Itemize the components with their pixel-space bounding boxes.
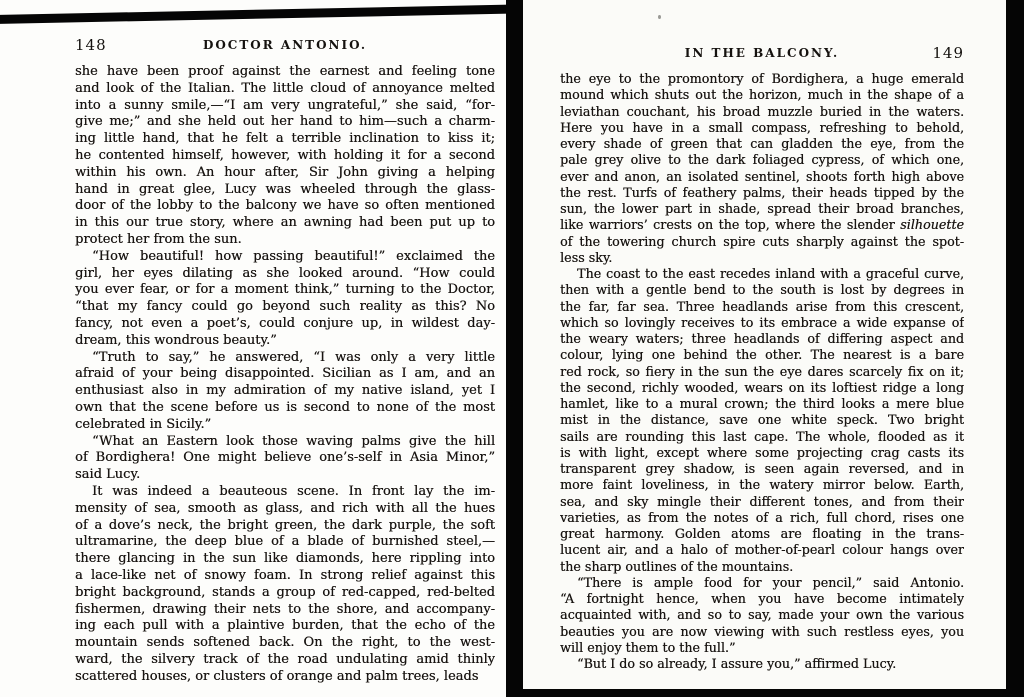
text-line: the far, far sea. Three headlands arise … — [560, 299, 964, 315]
text-line: ever and anon, an isolated sentinel, sho… — [560, 169, 964, 185]
scan-speck — [658, 15, 661, 19]
page-number: 149 — [932, 44, 964, 62]
text-line: a lace-like net of snowy foam. In strong… — [75, 568, 495, 585]
text-line: door of the lobby to the balcony we have… — [75, 198, 495, 215]
text-line: the second, richly wooded, wears on its … — [560, 380, 964, 396]
text-line: acquainted with, and so to say, made you… — [560, 607, 964, 623]
page-text-column: she have been proof against the earnest … — [75, 64, 495, 685]
text-line: hamlet, like to a mural crown; the third… — [560, 396, 964, 412]
text-line: celebrated in Sicily.” — [75, 417, 495, 434]
text-line: of a dove’s neck, the bright green, the … — [75, 518, 495, 535]
text-line: pale grey olive to the dark foliaged cyp… — [560, 152, 964, 168]
text-line: then with a gentle bend to the south is … — [560, 282, 964, 298]
text-line: the rest. Turfs of feathery palms, their… — [560, 185, 964, 201]
text-line: will enjoy them to the full.” — [560, 640, 964, 656]
text-line: beauties you are now viewing with such r… — [560, 624, 964, 640]
text-line: dream, this wondrous beauty.” — [75, 333, 495, 350]
text-line: mist in the distance, save one white spe… — [560, 412, 964, 428]
text-line: ing each pull with a plaintive burden, t… — [75, 618, 495, 635]
text-line: leviathan couchant, his broad muzzle bur… — [560, 104, 964, 120]
text-line: ultramarine, the deep blue of a blade of… — [75, 534, 495, 551]
text-line: less sky. — [560, 250, 964, 266]
book-page-right: IN THE BALCONY. 149 the eye to the promo… — [523, 0, 1006, 689]
text-line: enthusiast also in my admiration of my n… — [75, 383, 495, 400]
text-line: is with light, except where some project… — [560, 445, 964, 461]
text-line: great harmony. Golden atoms are floating… — [560, 526, 964, 542]
text-line: mound which shuts out the horizon, much … — [560, 87, 964, 103]
text-line: girl, her eyes dilating as she looked ar… — [75, 266, 495, 283]
text-line: said Lucy. — [75, 467, 495, 484]
page-text-column: the eye to the promontory of Bordighera,… — [560, 71, 964, 672]
text-line: every shade of green that can gladden th… — [560, 136, 964, 152]
text-line: afraid of your being disappointed. Sicil… — [75, 366, 495, 383]
text-line: fancy, not even a poet’s, could conjure … — [75, 316, 495, 333]
text-line: she have been proof against the earnest … — [75, 64, 495, 81]
text-line: “Truth to say,” he answered, “I was only… — [75, 350, 495, 367]
text-line: in this our true story, where an awning … — [75, 215, 495, 232]
running-title: IN THE BALCONY. — [560, 46, 964, 60]
text-line: “that my fancy could go beyond such real… — [75, 299, 495, 316]
text-line: colour, lying one behind the other. The … — [560, 347, 964, 363]
page-header: 148 DOCTOR ANTONIO. — [75, 36, 495, 54]
text-line: into a sunny smile,—“I am very ungratefu… — [75, 98, 495, 115]
text-line: and look of the Italian. The little clou… — [75, 81, 495, 98]
text-line: you ever fear, or for a moment think,” t… — [75, 282, 495, 299]
text-line: transparent grey shadow, is seen again r… — [560, 461, 964, 477]
text-line: give me;” and she held out her hand to h… — [75, 114, 495, 131]
text-line: “But I do so already, I assure you,” aff… — [560, 656, 964, 672]
text-line: ing little hand, that he felt a terrible… — [75, 131, 495, 148]
text-line: ward, the silvery track of the road undu… — [75, 652, 495, 669]
text-line: mountain sends softened back. On the rig… — [75, 635, 495, 652]
text-line: sun, the lower part in shade, spread the… — [560, 201, 964, 217]
text-line: protect her from the sun. — [75, 232, 495, 249]
text-line: within his own. An hour after, Sir John … — [75, 165, 495, 182]
text-line: he contented himself, however, with hold… — [75, 148, 495, 165]
book-gutter-shadow — [506, 0, 523, 697]
text-line: bright background, stands a group of red… — [75, 585, 495, 602]
text-line: which so lovingly receives to its embrac… — [560, 315, 964, 331]
text-line: the eye to the promontory of Bordighera,… — [560, 71, 964, 87]
text-line: scattered houses, or clusters of orange … — [75, 669, 495, 686]
text-line: Here you have in a small compass, refres… — [560, 120, 964, 136]
text-line: “A fortnight hence, when you have become… — [560, 591, 964, 607]
text-line: the weary waters; three headlands of dif… — [560, 331, 964, 347]
text-line: “There is ample food for your pencil,” s… — [560, 575, 964, 591]
text-line: own that the scene before us is second t… — [75, 400, 495, 417]
text-line: more faint loveliness, in the watery mir… — [560, 477, 964, 493]
text-line: lucent air, and a halo of mother-of-pear… — [560, 542, 964, 558]
text-line: varieties, as from the notes of a rich, … — [560, 510, 964, 526]
text-line: sea, and sky mingle their different tone… — [560, 494, 964, 510]
text-line: It was indeed a beauteous scene. In fron… — [75, 484, 495, 501]
text-line: the sharp outlines of the mountains. — [560, 559, 964, 575]
text-line: of Bordighera! One might believe one’s-s… — [75, 450, 495, 467]
text-line: hand in great glee, Lucy was wheeled thr… — [75, 182, 495, 199]
text-line: of the towering church spire cuts sharpl… — [560, 234, 964, 250]
book-page-left: 148 DOCTOR ANTONIO. she have been proof … — [0, 0, 506, 697]
text-line: “What an Eastern look those waving palms… — [75, 434, 495, 451]
text-line: sails are rounding this last cape. The w… — [560, 429, 964, 445]
page-header: IN THE BALCONY. 149 — [560, 44, 964, 62]
text-line: red rock, so fiery in the sun the eye da… — [560, 364, 964, 380]
text-line: like warriors’ crests on the top, where … — [560, 217, 964, 233]
text-line: fishermen, drawing their nets to the sho… — [75, 602, 495, 619]
scan-border-right — [1006, 0, 1024, 697]
running-title: DOCTOR ANTONIO. — [75, 38, 495, 52]
text-line: “How beautiful! how passing beautiful!” … — [75, 249, 495, 266]
text-line: there glancing in the sun like diamonds,… — [75, 551, 495, 568]
scan-border-bottom — [506, 689, 1024, 697]
book-scan: { "left_page": { "page_number": "148", "… — [0, 0, 1024, 697]
text-line: mensity of sea, smooth as glass, and ric… — [75, 501, 495, 518]
text-line: The coast to the east recedes inland wit… — [560, 266, 964, 282]
